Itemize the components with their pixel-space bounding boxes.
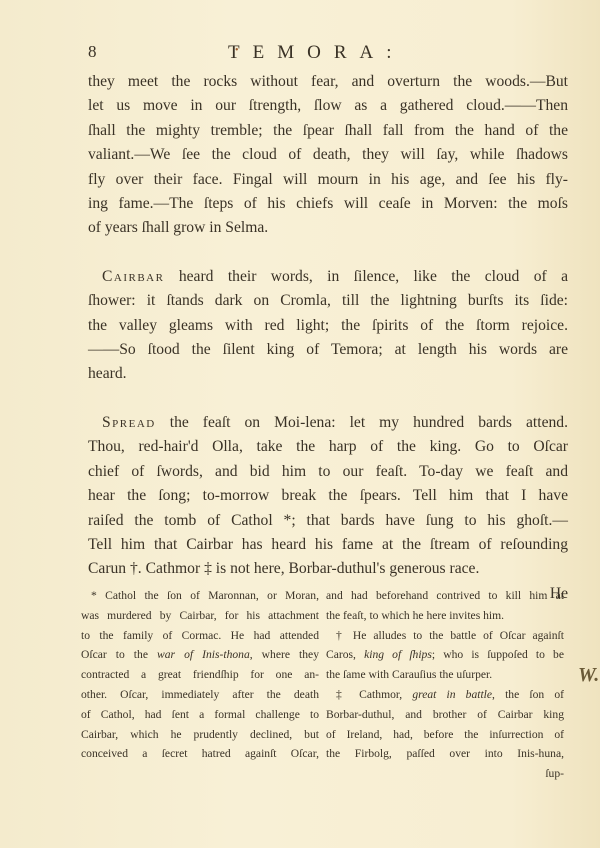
footnote-catchword: ſup- (326, 764, 564, 784)
text-line: heard. (88, 362, 568, 386)
text-run: heard their words, in ſilence, like the … (164, 268, 568, 285)
small-caps-lead: Cairbar (102, 268, 164, 285)
paragraph-3: Spread the feaſt on Moi-lena: let my hun… (88, 411, 568, 582)
footnote-line: Cairbar, which he prudently declined, bu… (81, 725, 319, 745)
text-run: Caros, (326, 648, 364, 661)
book-page: 8 • TEMORA: they meet the rocks without … (0, 0, 600, 848)
text-line: hear the ſong; to-morrow break the ſpear… (88, 484, 568, 508)
text-line: fly over their face. Fingal will mourn i… (88, 168, 568, 192)
italic-title: great in battle (412, 688, 492, 701)
footnote-line: conceived a ſecret hatred againſt Oſcar, (81, 744, 319, 764)
text-line: Spread the feaſt on Moi-lena: let my hun… (88, 411, 568, 435)
text-run: Oſcar to the (81, 648, 157, 661)
footnote-line: the ſame with Carauſius the uſurper. (326, 665, 564, 685)
text-line: Cairbar heard their words, in ſilence, l… (88, 265, 568, 289)
text-line: of years ſhall grow in Selma. (88, 216, 568, 240)
footnote-line: contracted a great friendſhip for one an… (81, 665, 319, 685)
footnote-line: and had beforehand contrived to kill him… (326, 586, 564, 606)
text-run: ; who is ſuppoſed to be (432, 648, 564, 661)
running-title: TEMORA: (228, 42, 405, 64)
text-line: let us move in our ſtrength, ſlow as a g… (88, 94, 568, 118)
footnote-line: † He alludes to the battle of Oſcar agai… (326, 626, 564, 646)
footnote-line: other. Oſcar, immediately after the deat… (81, 685, 319, 705)
footnote-line: Oſcar to the war of Inis-thona, where th… (81, 645, 319, 665)
text-line: chief of ſwords, and bid him to our feaſ… (88, 460, 568, 484)
page-number: 8 (88, 42, 97, 62)
footnote-column-right: and had beforehand contrived to kill him… (326, 586, 564, 784)
text-line: ſhower: it ſtands dark on Cromla, till t… (88, 289, 568, 313)
footnote-line: Caros, king of ſhips; who is ſuppoſed to… (326, 645, 564, 665)
text-line: Carun †. Cathmor ‡ is not here, Borbar-d… (88, 557, 568, 581)
text-line: Thou, red-hair'd Olla, take the harp of … (88, 435, 568, 459)
text-line: ——So ſtood the ſilent king of Temora; at… (88, 338, 568, 362)
running-header: 8 • TEMORA: (88, 42, 558, 64)
text-line: Tell him that Cairbar has heard his fame… (88, 533, 568, 557)
footnote-line: the feaſt, to which he here invites him. (326, 606, 564, 626)
handwritten-margin-mark: W. (578, 664, 599, 687)
small-caps-lead: Spread (102, 414, 156, 431)
footnote-line: the Firbolg, paſſed over into Inis-huna, (326, 744, 564, 764)
footnote-line: * Cathol the ſon of Maronnan, or Moran, (81, 586, 319, 606)
italic-title: war of Inis-thona (157, 648, 250, 661)
text-run: the feaſt on Moi-lena: let my hundred ba… (156, 414, 568, 431)
text-line: ſhall the mighty tremble; the ſpear ſhal… (88, 119, 568, 143)
main-text: they meet the rocks without fear, and ov… (88, 70, 568, 606)
text-line: they meet the rocks without fear, and ov… (88, 70, 568, 94)
text-line: ing fame.—The ſteps of his chiefs will c… (88, 192, 568, 216)
text-run: , where they (250, 648, 319, 661)
footnote-line: to the family of Cormac. He had attended (81, 626, 319, 646)
text-line: valiant.—We ſee the cloud of death, they… (88, 143, 568, 167)
footnote-line: Borbar-duthul, and brother of Cairbar ki… (326, 705, 564, 725)
italic-title: king of ſhips (364, 648, 432, 661)
footnote-line: ‡ Cathmor, great in battle, the ſon of (326, 685, 564, 705)
text-run: , the ſon of (492, 688, 564, 701)
text-run: ‡ Cathmor, (336, 688, 412, 701)
paragraph-2: Cairbar heard their words, in ſilence, l… (88, 265, 568, 387)
footnote-line: of Ireland, had, before the inſurrection… (326, 725, 564, 745)
text-line: the valley gleams with red light; the ſp… (88, 314, 568, 338)
text-line: raiſed the tomb of Cathol *; that bards … (88, 509, 568, 533)
paragraph-1: they meet the rocks without fear, and ov… (88, 70, 568, 241)
footnote-line: of Cathol, had ſent a formal challenge t… (81, 705, 319, 725)
footnote-column-left: * Cathol the ſon of Maronnan, or Moran, … (81, 586, 319, 764)
footnote-line: was murdered by Cairbar, for his attachm… (81, 606, 319, 626)
